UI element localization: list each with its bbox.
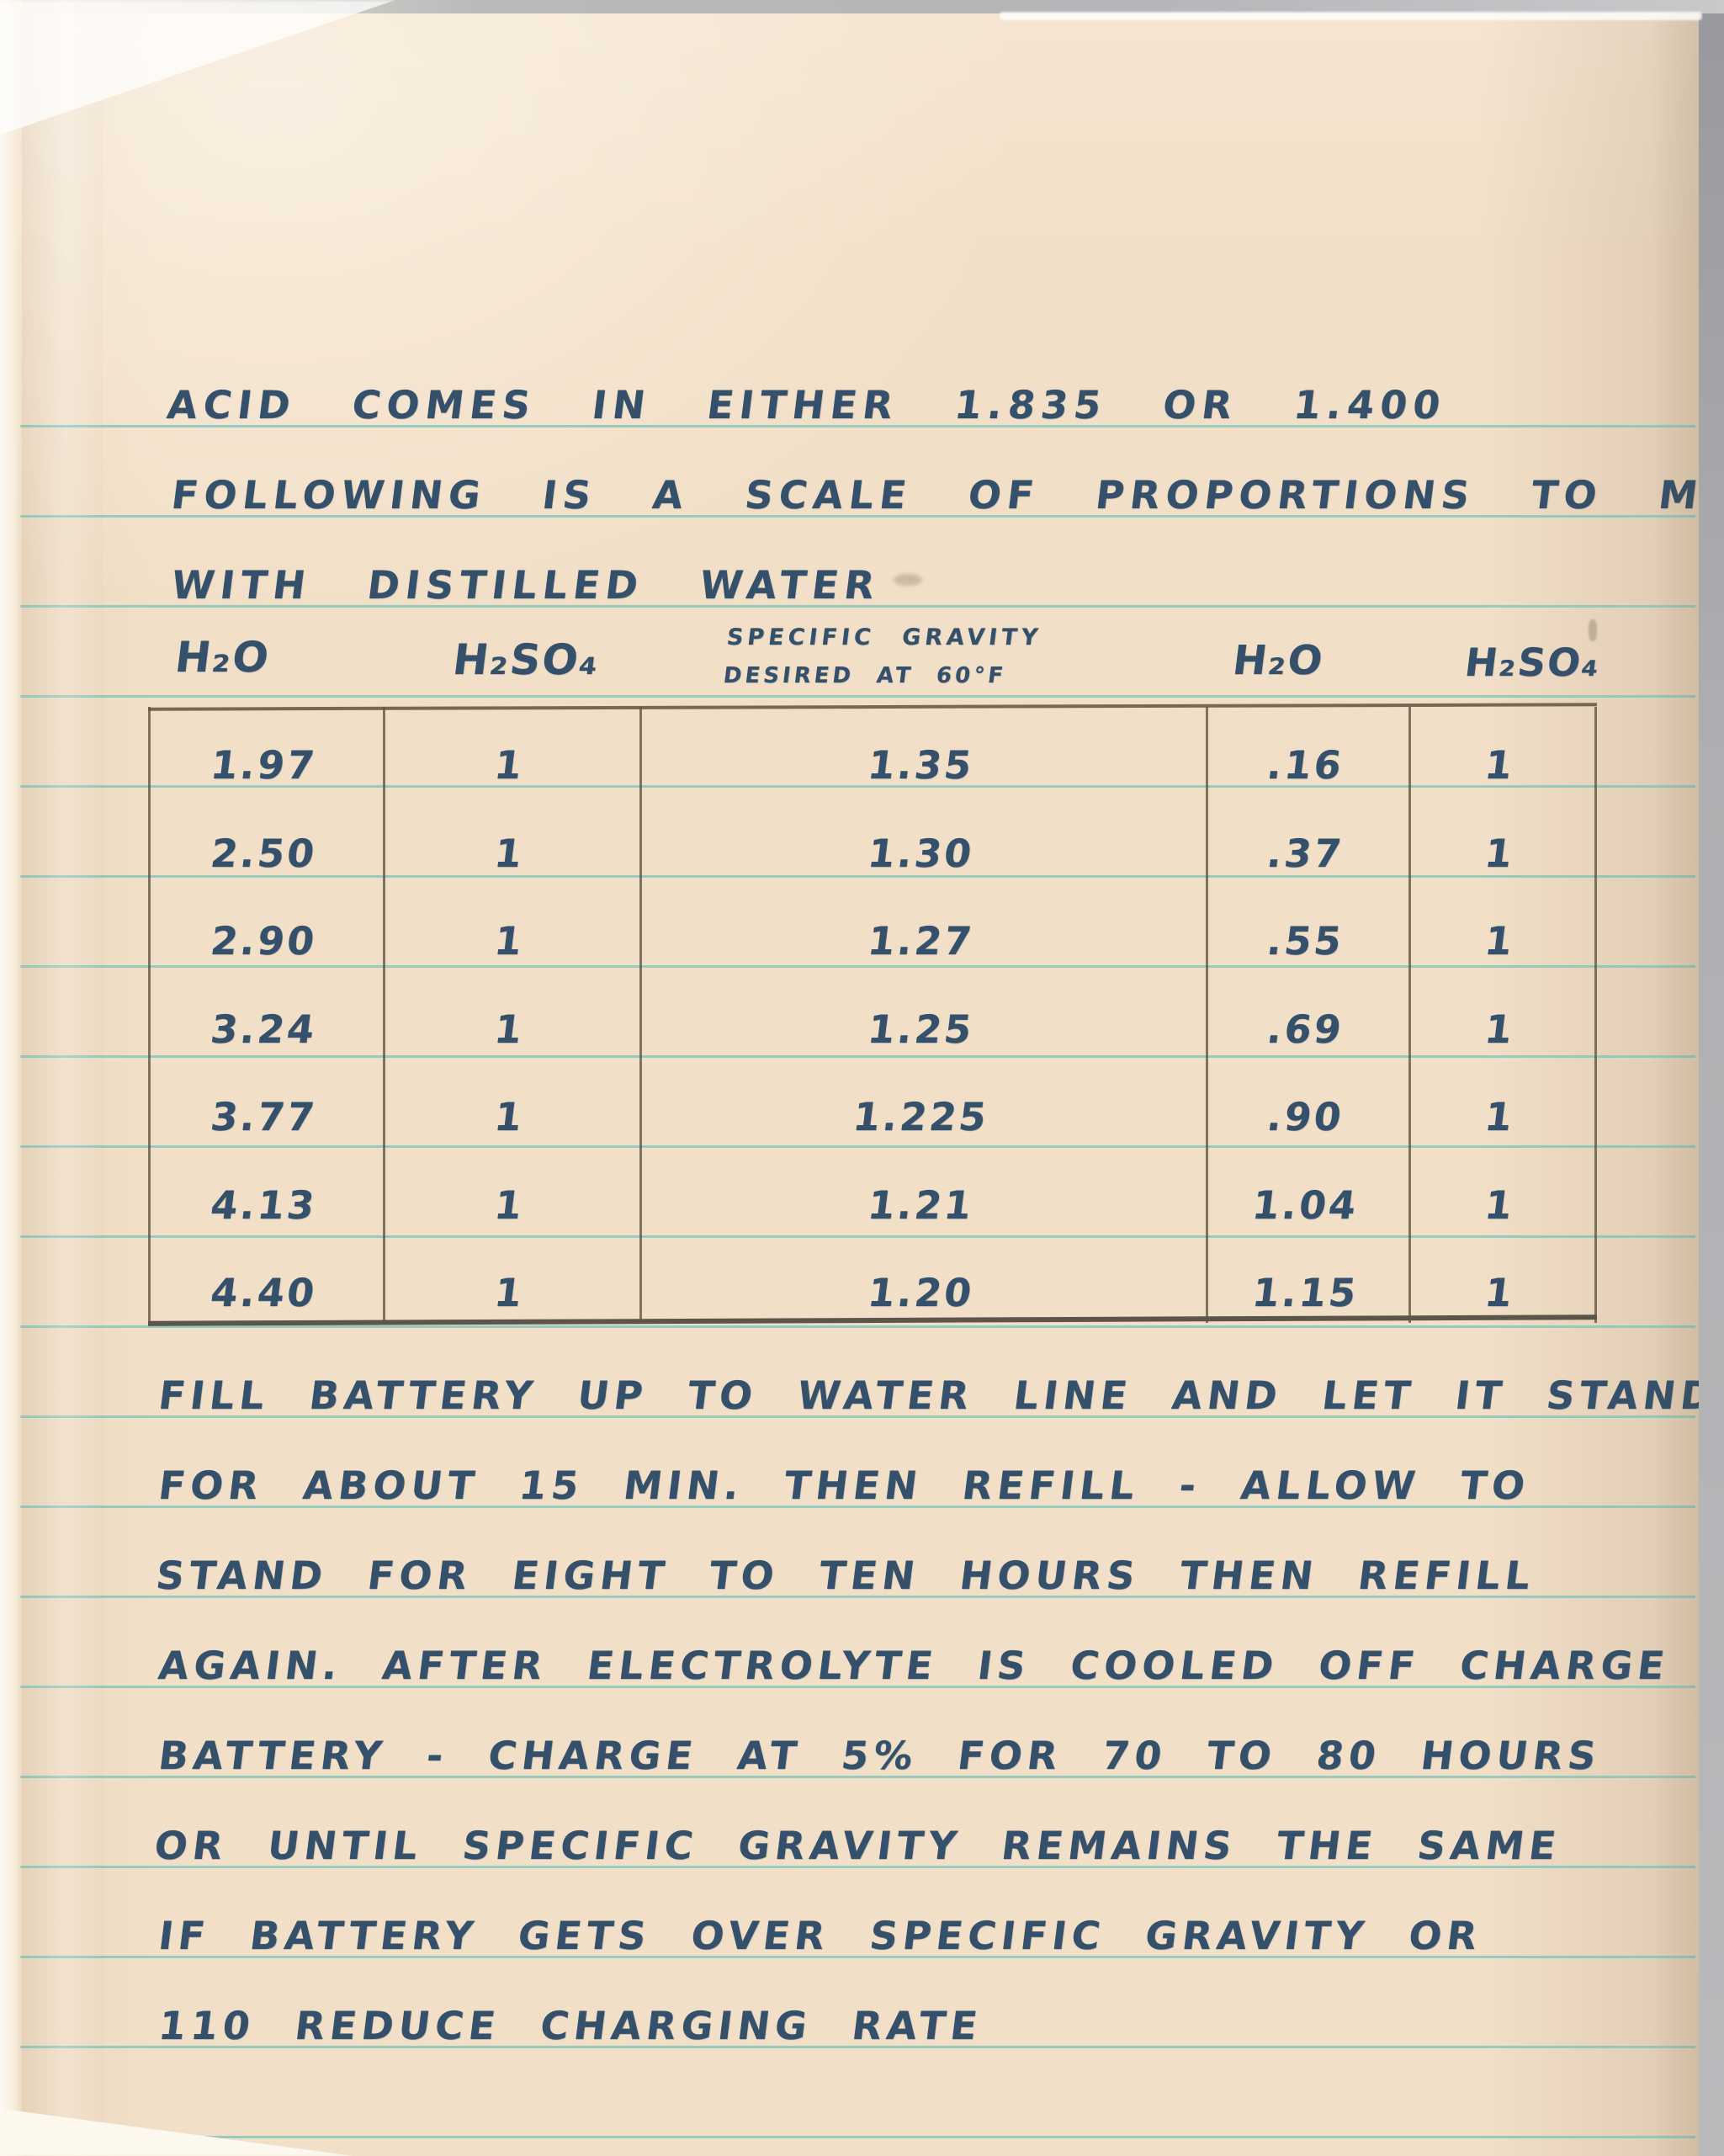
table-cell: .69 xyxy=(1201,971,1414,1059)
pencil-smudge xyxy=(894,574,922,586)
table-cell: .16 xyxy=(1201,707,1414,795)
instructions-line-5: BATTERY - CHARGE AT 5% FOR 70 TO 80 HOUR… xyxy=(156,1691,1609,1782)
table-cell: 1 xyxy=(1403,883,1600,971)
table-cell: 1 xyxy=(378,795,645,884)
table-cell: 1.15 xyxy=(1201,1235,1414,1323)
table-row: 4.40 1 1.20 1.15 1 xyxy=(148,1235,1594,1323)
table-cell: 3.24 xyxy=(143,971,389,1059)
proportions-table: 1.97 1 1.35 .16 1 2.50 1 1.30 .37 1 2.90… xyxy=(148,707,1594,1323)
instructions-line-2: FOR ABOUT 15 MIN. THEN REFILL - ALLOW TO xyxy=(156,1421,1538,1511)
table-cell: 2.90 xyxy=(143,883,389,971)
pencil-smudge xyxy=(1589,619,1597,641)
notebook-paper: ACID COMES IN EITHER 1.835 OR 1.400 FOLL… xyxy=(0,0,1724,2156)
table-cell: 1.30 xyxy=(634,795,1212,884)
table-row: 4.13 1 1.21 1.04 1 xyxy=(148,1147,1594,1235)
table-cell: 1.97 xyxy=(143,707,389,795)
table-cell: 1 xyxy=(378,1059,645,1147)
page-curl-crease xyxy=(22,0,103,2156)
table-cell: 1 xyxy=(1403,1059,1600,1147)
table-row: 1.97 1 1.35 .16 1 xyxy=(148,707,1594,795)
table-row: 2.50 1 1.30 .37 1 xyxy=(148,795,1594,884)
table-cell: 1.35 xyxy=(634,707,1212,795)
instructions-line-7: IF BATTERY GETS OVER SPECIFIC GRAVITY OR xyxy=(156,1871,1489,1962)
table-row: 3.77 1 1.225 .90 1 xyxy=(148,1059,1594,1147)
instructions-line-8: 110 REDUCE CHARGING RATE xyxy=(156,1961,990,2052)
table-cell: 1 xyxy=(1403,1235,1600,1323)
table-cell: 1 xyxy=(378,1147,645,1235)
table-cell: 1 xyxy=(1403,795,1600,884)
column-header-acid-left: H₂SO₄ xyxy=(450,635,602,684)
table-cell: 1 xyxy=(1403,707,1600,795)
table-cell: 1 xyxy=(1403,1147,1600,1235)
table-cell: 1.25 xyxy=(634,971,1212,1059)
table-cell: .90 xyxy=(1201,1059,1414,1147)
column-header-water-right: H₂O xyxy=(1230,637,1327,684)
table-cell: 1 xyxy=(1403,971,1600,1059)
instructions-line-3: STAND FOR EIGHT TO TEN HOURS THEN REFILL xyxy=(153,1511,1543,1601)
page-edge-left xyxy=(0,0,22,2156)
page-edge-glare xyxy=(1000,12,1702,20)
table-cell: 1.225 xyxy=(634,1059,1212,1147)
scanner-edge-right xyxy=(1699,0,1724,2156)
table-row: 3.24 1 1.25 .69 1 xyxy=(148,971,1594,1059)
heading-line-3: WITH DISTILLED WATER xyxy=(168,520,888,613)
page-curl-bottom-left xyxy=(0,2102,353,2156)
table-cell: 1.27 xyxy=(634,883,1212,971)
table-cell: 4.13 xyxy=(143,1147,389,1235)
column-header-specific-gravity-line1: SPECIFIC GRAVITY xyxy=(725,624,1043,651)
heading-line-1: ACID COMES IN EITHER 1.835 OR 1.400 xyxy=(164,340,1454,433)
instructions-line-4: AGAIN. AFTER ELECTROLYTE IS COOLED OFF C… xyxy=(156,1601,1677,1691)
scanner-edge-top xyxy=(0,0,1724,13)
column-header-acid-right: H₂SO₄ xyxy=(1462,640,1604,685)
table-cell: 1 xyxy=(378,707,645,795)
page-shadow-right xyxy=(1652,0,1699,2156)
table-cell: 1 xyxy=(378,1235,645,1323)
table-cell: 1 xyxy=(378,971,645,1059)
table-row: 2.90 1 1.27 .55 1 xyxy=(148,883,1594,971)
table-cell: 1 xyxy=(378,883,645,971)
table-cell: 1.04 xyxy=(1201,1147,1414,1235)
table-cell: 2.50 xyxy=(143,795,389,884)
table-cell: 4.40 xyxy=(143,1235,389,1323)
column-header-water-left: H₂O xyxy=(172,633,273,682)
instructions-line-1: FILL BATTERY UP TO WATER LINE AND LET IT… xyxy=(156,1330,1724,1421)
instructions-line-6: OR UNTIL SPECIFIC GRAVITY REMAINS THE SA… xyxy=(151,1781,1568,1872)
table-cell: 3.77 xyxy=(143,1059,389,1147)
scanned-notebook-page: ACID COMES IN EITHER 1.835 OR 1.400 FOLL… xyxy=(0,0,1724,2156)
table-cell: 1.21 xyxy=(634,1147,1212,1235)
table-cell: 1.20 xyxy=(634,1235,1212,1323)
column-header-specific-gravity-line2: DESIRED AT 60°F xyxy=(722,663,1008,688)
table-cell: .55 xyxy=(1201,883,1414,971)
page-curl-glare-top-left xyxy=(0,0,395,135)
table-cell: .37 xyxy=(1201,795,1414,884)
heading-line-2: FOLLOWING IS A SCALE OF PROPORTIONS TO M… xyxy=(168,430,1724,523)
